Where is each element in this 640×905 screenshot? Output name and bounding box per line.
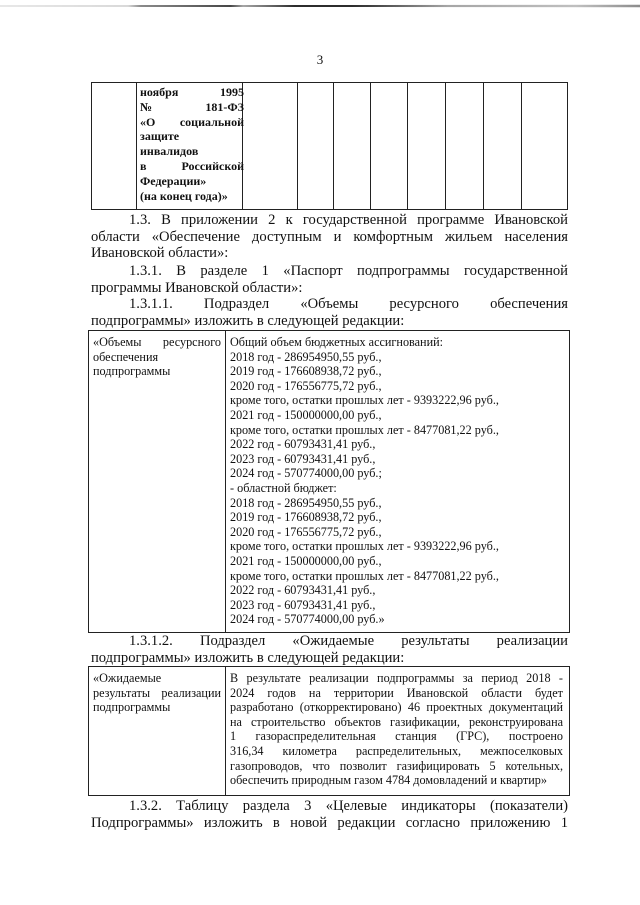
table-column-divider [445,83,446,209]
cell-line: Общий объем бюджетных ассигнований: [230,335,563,350]
cell-line: ноября 1995 [140,85,244,100]
page-number: 3 [0,52,640,68]
cell-line: 2018 год - 286954950,55 руб., [230,496,563,511]
cell-line: подпрограммы [93,700,221,715]
table-column-divider [136,83,137,209]
text-line: области «Обеспечение доступным и комфорт… [91,229,568,246]
cell-line: Федерации» [140,174,244,189]
results-content-cell: В результате реализации подпрограммы за … [230,671,563,788]
text-line: подпрограммы» изложить в следующей редак… [91,313,568,330]
text-line: 1.3.1. В разделе 1 «Паспорт подпрограммы… [91,263,568,280]
cell-line: 2024 год - 570774000,00 руб.» [230,612,563,627]
cell-line: обеспечения [93,350,221,365]
table-column-divider [225,331,226,632]
cell-line: 2022 год - 60793431,41 руб., [230,583,563,598]
results-label-cell: «Ожидаемые результаты реализации подпрог… [93,671,221,715]
cell-line: 2023 год - 60793431,41 руб., [230,452,563,467]
paragraph-1-3: 1.3. В приложении 2 к государственной пр… [91,212,568,262]
table-column-divider [297,83,298,209]
paragraph-1-3-1-1: 1.3.1.1. Подраздел «Объемы ресурсного об… [91,296,568,329]
table-column-divider [225,667,226,795]
cell-line: 316,34 километра распределительных, межп… [230,744,563,759]
cell-line: 2020 год - 176556775,72 руб., [230,379,563,394]
table-column-divider [521,83,522,209]
cell-line: № 181-ФЗ [140,100,244,115]
table-column-divider [483,83,484,209]
text-line: 1.3. В приложении 2 к государственной пр… [91,212,568,229]
cell-line: на строительство объектов газификации, р… [230,715,563,730]
scan-artifact-streak [0,3,640,9]
text-line: 1.3.2. Таблицу раздела 3 «Целевые индика… [91,798,568,815]
cell-line: (на конец года)» [140,189,244,204]
cell-line: 2023 год - 60793431,41 руб., [230,598,563,613]
paragraph-1-3-2: 1.3.2. Таблицу раздела 3 «Целевые индика… [91,798,568,831]
cell-line: обеспечить природным газом 4784 домовлад… [230,773,563,788]
cell-line: кроме того, остатки прошлых лет - 939322… [230,539,563,554]
cell-line: «О социальной [140,115,244,130]
cell-line: - областной бюджет: [230,481,563,496]
cell-line: защите [140,129,244,144]
cell-line: 2019 год - 176608938,72 руб., [230,510,563,525]
cell-line: инвалидов [140,144,244,159]
cell-line: разработано (откорректировано) 46 проект… [230,700,563,715]
law-reference-cell: ноября 1995 № 181-ФЗ «О социальной защит… [140,85,244,203]
resources-content-cell: Общий объем бюджетных ассигнований: 2018… [230,335,563,627]
cell-line: в Российской [140,159,244,174]
cell-line: 2021 год - 150000000,00 руб., [230,408,563,423]
cell-line: 2018 год - 286954950,55 руб., [230,350,563,365]
table-column-divider [333,83,334,209]
resources-table: «Объемы ресурсного обеспечения подпрогра… [88,330,570,633]
table-column-divider [407,83,408,209]
continued-table: ноября 1995 № 181-ФЗ «О социальной защит… [91,82,568,210]
results-table: «Ожидаемые результаты реализации подпрог… [88,666,570,796]
table-column-divider [370,83,371,209]
cell-line: кроме того, остатки прошлых лет - 847708… [230,423,563,438]
text-line: 1.3.1.1. Подраздел «Объемы ресурсного об… [91,296,568,313]
text-line: подпрограммы» изложить в следующей редак… [91,650,568,667]
paragraph-1-3-1: 1.3.1. В разделе 1 «Паспорт подпрограммы… [91,263,568,296]
cell-line: кроме того, остатки прошлых лет - 847708… [230,569,563,584]
cell-line: 2024 год - 570774000,00 руб.; [230,466,563,481]
cell-line: подпрограммы [93,364,221,379]
text-line: программы Ивановской области»: [91,280,568,297]
resources-label-cell: «Объемы ресурсного обеспечения подпрогра… [93,335,221,379]
cell-line: «Объемы ресурсного [93,335,221,350]
cell-line: 2022 год - 60793431,41 руб., [230,437,563,452]
text-line: Подпрограммы» изложить в новой редакции … [91,815,568,832]
cell-line: газопроводов, что позволит газифицироват… [230,759,563,774]
text-line: 1.3.1.2. Подраздел «Ожидаемые результаты… [91,633,568,650]
cell-line: 2021 год - 150000000,00 руб., [230,554,563,569]
cell-line: 2024 годов на территории Ивановской обла… [230,686,563,701]
cell-line: кроме того, остатки прошлых лет - 939322… [230,393,563,408]
paragraph-1-3-1-2: 1.3.1.2. Подраздел «Ожидаемые результаты… [91,633,568,666]
text-line: Ивановской области»: [91,245,568,262]
cell-line: В результате реализации подпрограммы за … [230,671,563,686]
cell-line: результаты реализации [93,686,221,701]
cell-line: 2019 год - 176608938,72 руб., [230,364,563,379]
cell-line: 1 газораспределительная станция (ГРС), п… [230,729,563,744]
cell-line: 2020 год - 176556775,72 руб., [230,525,563,540]
cell-line: «Ожидаемые [93,671,221,686]
